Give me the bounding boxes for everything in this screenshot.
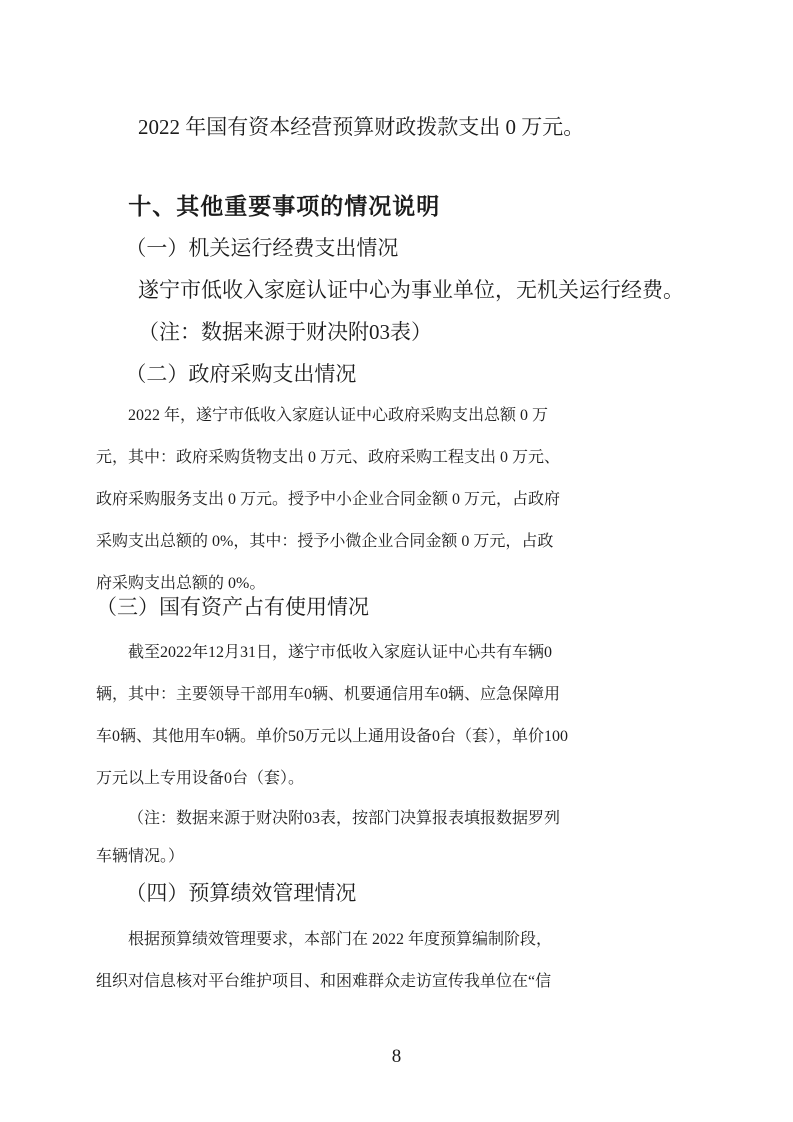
subsection-1-heading: （一）机关运行经费支出情况	[96, 227, 703, 269]
subsection-2-heading: （二）政府采购支出情况	[96, 353, 703, 395]
subsection-4-heading: （四）预算绩效管理情况	[96, 872, 703, 914]
intro-paragraph: 2022 年国有资本经营预算财政拨款支出 0 万元。	[96, 106, 703, 148]
subsection-3-body: 截至2022年12月31日，遂宁市低收入家庭认证中心共有车辆0辆，其中：主要领导…	[96, 632, 703, 800]
main-section-heading: 十、其他重要事项的情况说明	[96, 185, 703, 227]
document-page: 2022 年国有资本经营预算财政拨款支出 0 万元。 十、其他重要事项的情况说明…	[0, 0, 793, 1122]
subsection-1-note: （注：数据来源于财决附03表）	[96, 311, 703, 353]
subsection-3-heading: （三）国有资产占有使用情况	[96, 586, 703, 628]
subsection-2-body: 2022 年，遂宁市低收入家庭认证中心政府采购支出总额 0 万元，其中：政府采购…	[96, 395, 703, 605]
subsection-1-body: 遂宁市低收入家庭认证中心为事业单位，无机关运行经费。	[96, 269, 703, 311]
subsection-3-note: （注：数据来源于财决附03表，按部门决算报表填报数据罗列车辆情况。）	[96, 800, 703, 876]
page-number: 8	[0, 1036, 793, 1078]
subsection-4-body: 根据预算绩效管理要求，本部门在 2022 年度预算编制阶段，组织对信息核对平台维…	[96, 919, 703, 1003]
